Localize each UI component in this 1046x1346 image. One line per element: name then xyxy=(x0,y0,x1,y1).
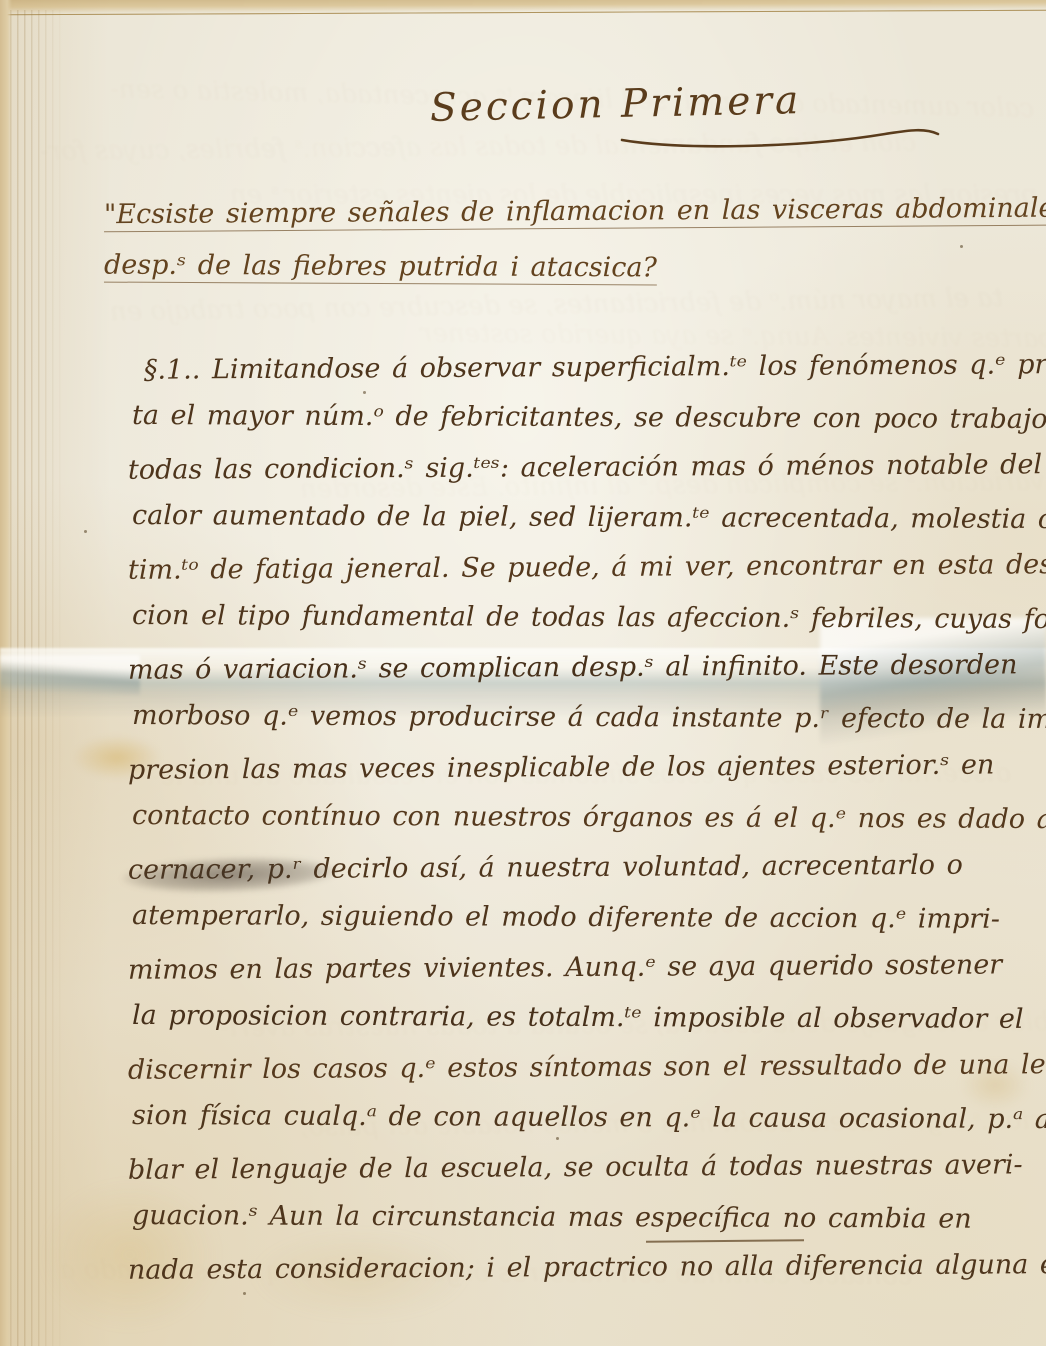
page-top-edge xyxy=(0,0,1046,15)
manuscript-line: nada esta consideracion; i el practrico … xyxy=(128,1249,1046,1305)
manuscript-line: morboso q.ᵉ vemos producirse á cada inst… xyxy=(132,700,1046,754)
manuscript-line: discernir los casos q.ᵉ estos síntomas s… xyxy=(128,1049,1046,1105)
manuscript-line: mas ó variacion.ˢ se complican desp.ˢ al… xyxy=(128,649,1046,705)
title-flourish xyxy=(620,120,950,154)
manuscript-line: cion el tipo fundamental de todas las af… xyxy=(132,600,1046,654)
manuscript-line: mimos en las partes vivientes. Aunq.ᵉ se… xyxy=(128,949,1046,1005)
manuscript-line: tim.ᵗᵒ de fatiga jeneral. Se puede, á mi… xyxy=(128,549,1046,605)
manuscript-page: calor aumentado de la piel, sed lijeram.… xyxy=(0,0,1046,1346)
epigraph-line: desp.ˢ de las fiebres putrida i atacsica… xyxy=(104,250,1034,311)
manuscript-line: presion las mas veces inesplicable de lo… xyxy=(128,749,1046,805)
manuscript-line: contacto contínuo con nuestros órganos e… xyxy=(132,800,1046,854)
body-text: §.1.. Limitandose á observar superficial… xyxy=(128,352,1046,1302)
manuscript-line: sion física cualq.ᵃ de con aquellos en q… xyxy=(132,1100,1046,1154)
ink-speck xyxy=(84,530,87,533)
manuscript-line: guacion.ˢ Aun la circunstancia mas espec… xyxy=(132,1200,1046,1254)
manuscript-line: la proposicion contraria, es totalm.ᵗᵉ i… xyxy=(132,1000,1046,1054)
manuscript-line: todas las condicion.ˢ sig.ᵗᵉˢ: aceleraci… xyxy=(128,449,1046,505)
manuscript-line: calor aumentado de la piel, sed lijeram.… xyxy=(132,500,1046,554)
epigraph: "Ecsiste siempre señales de inflamacion … xyxy=(104,196,1034,308)
manuscript-line: blar el lenguaje de la escuela, se ocult… xyxy=(128,1149,1046,1205)
manuscript-line: ta el mayor núm.ᵒ de febricitantes, se d… xyxy=(132,400,1046,454)
manuscript-line: §.1.. Limitandose á observar superficial… xyxy=(128,349,1046,405)
fold-crease-left xyxy=(0,655,140,695)
epigraph-line: "Ecsiste siempre señales de inflamacion … xyxy=(104,193,1034,255)
manuscript-line: atemperarlo, siguiendo el modo diferente… xyxy=(132,900,1046,954)
